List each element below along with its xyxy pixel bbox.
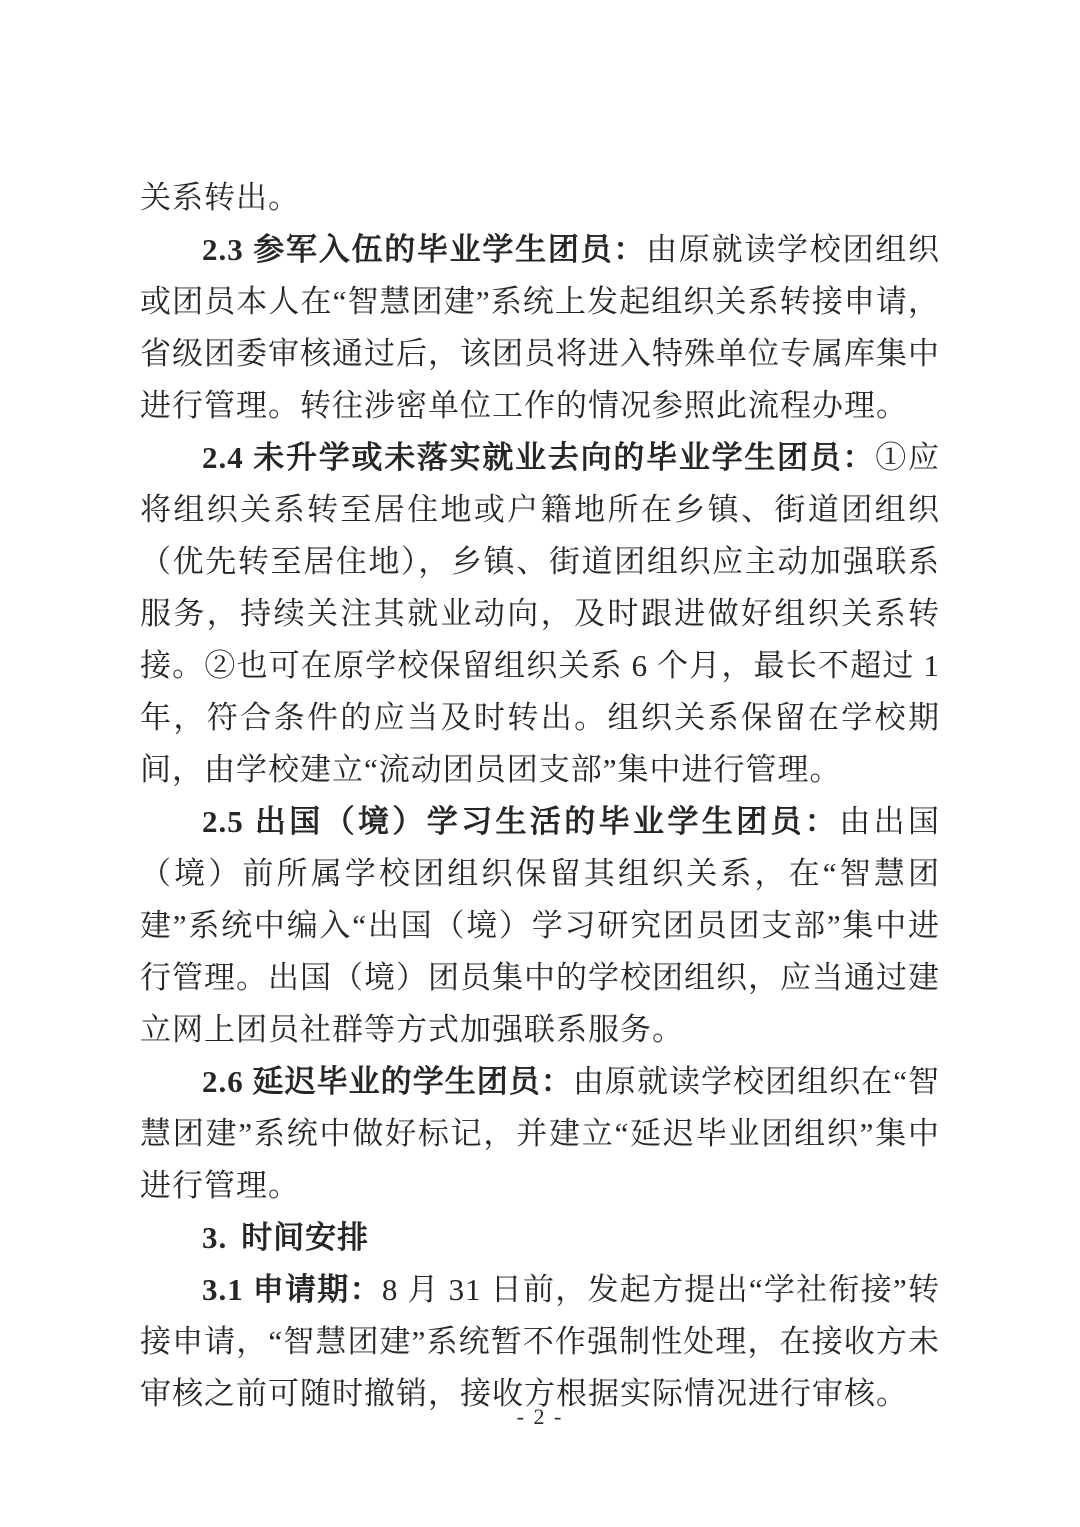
section-3-heading-number: 3. <box>202 1220 227 1255</box>
paragraph-2-6-lead: 2.6 延迟毕业的学生团员： <box>202 1064 573 1099</box>
page-body: 关系转出。 2.3 参军入伍的毕业学生团员：由原就读学校团组织或团员本人在“智慧… <box>140 172 940 1420</box>
paragraph-2-5: 2.5 出国（境）学习生活的毕业学生团员：由出国（境）前所属学校团组织保留其组织… <box>140 796 940 1056</box>
paragraph-2-6: 2.6 延迟毕业的学生团员：由原就读学校团组织在“智慧团建”系统中做好标记，并建… <box>140 1056 940 1212</box>
paragraph-2-4-text: ①应将组织关系转至居住地或户籍地所在乡镇、街道团组织（优先转至居住地），乡镇、街… <box>140 440 940 787</box>
paragraph-3-1-lead: 3.1 申请期： <box>202 1272 382 1307</box>
paragraph-continuation-text: 关系转出。 <box>140 180 300 215</box>
document-page: 关系转出。 2.3 参军入伍的毕业学生团员：由原就读学校团组织或团员本人在“智慧… <box>0 0 1080 1527</box>
paragraph-2-3: 2.3 参军入伍的毕业学生团员：由原就读学校团组织或团员本人在“智慧团建”系统上… <box>140 224 940 432</box>
paragraph-2-5-lead: 2.5 出国（境）学习生活的毕业学生团员： <box>202 804 839 839</box>
section-3-heading-title: 时间安排 <box>241 1220 369 1255</box>
paragraph-2-4-lead: 2.4 未升学或未落实就业去向的毕业学生团员： <box>202 440 875 475</box>
section-3-heading: 3.时间安排 <box>140 1212 940 1264</box>
paragraph-2-3-lead: 2.3 参军入伍的毕业学生团员： <box>202 232 646 267</box>
page-number: - 2 - <box>0 1402 1080 1432</box>
paragraph-2-5-text: 由出国（境）前所属学校团组织保留其组织关系，在“智慧团建”系统中编入“出国（境）… <box>140 804 940 1047</box>
paragraph-continuation: 关系转出。 <box>140 172 940 224</box>
paragraph-3-1: 3.1 申请期：8 月 31 日前，发起方提出“学社衔接”转接申请，“智慧团建”… <box>140 1264 940 1420</box>
paragraph-2-4: 2.4 未升学或未落实就业去向的毕业学生团员：①应将组织关系转至居住地或户籍地所… <box>140 432 940 796</box>
